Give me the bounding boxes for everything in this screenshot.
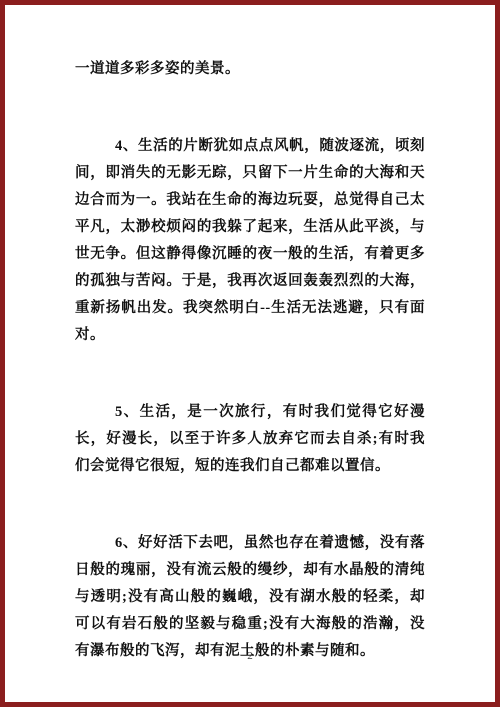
page-number: 2 [0,650,500,662]
paragraph: 4、生活的片断犹如点点风帆，随波逐流，顷刻间，即消失的无影无踪，只留下一片生命的… [75,133,425,349]
document-body: 一道道多彩多姿的美景。 4、生活的片断犹如点点风帆，随波逐流，顷刻间，即消失的无… [75,56,425,665]
paragraph: 一道道多彩多姿的美景。 [75,56,425,83]
paragraph: 6、好好活下去吧，虽然也存在着遗憾，没有落日般的瑰丽，没有流云般的缦纱，却有水晶… [75,530,425,665]
document-page: 一道道多彩多姿的美景。 4、生活的片断犹如点点风帆，随波逐流，顷刻间，即消失的无… [0,0,500,707]
paragraph: 5、生活，是一次旅行，有时我们觉得它好漫长，好漫长，以至于许多人放弃它而去自杀;… [75,399,425,480]
